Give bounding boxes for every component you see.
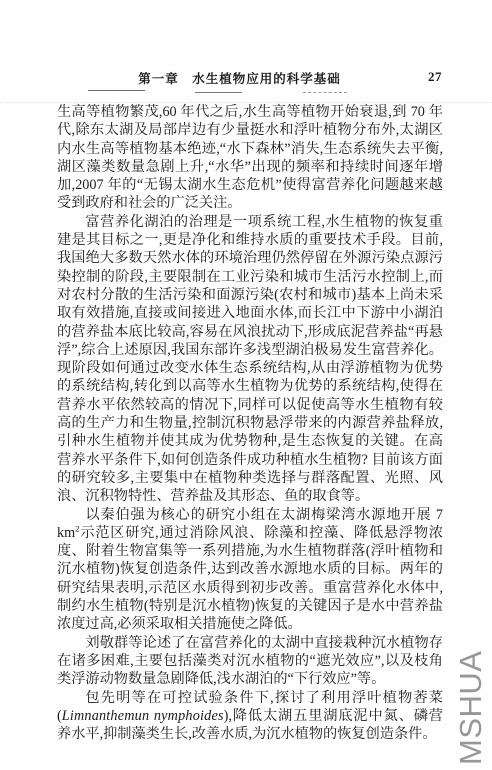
paragraph: 生高等植物繁茂,60 年代之后,水生高等植物开始衰退,到 70 年代,除东太湖及… xyxy=(57,103,443,213)
body-text: 生高等植物繁茂,60 年代之后,水生高等植物开始衰退,到 70 年代,除东太湖及… xyxy=(57,103,443,743)
chapter-title: 第一章 水生植物应用的科学基础 xyxy=(57,69,422,87)
header-rule-segment xyxy=(195,92,242,93)
book-page: 第一章 水生植物应用的科学基础 27 生高等植物繁茂,60 年代之后,水生高等植… xyxy=(0,0,492,770)
paragraph: 刘敬群等论述了在富营养化的太湖中直接栽种沉水植物存在诸多困难,主要包括藻类对沉水… xyxy=(57,634,443,689)
header-rule-segment xyxy=(303,92,347,93)
watermark: MSHUA xyxy=(454,655,488,765)
header-rule-segment xyxy=(88,90,145,91)
paragraph: 以秦伯强为核心的研究小组在太湖梅梁湾水源地开展 7 km2示范区研究,通过消除风… xyxy=(57,506,443,634)
paragraph: 富营养化湖泊的治理是一项系统工程,水生植物的恢复重建是其目标之一,更是净化和维持… xyxy=(57,213,443,506)
page-header: 第一章 水生植物应用的科学基础 27 xyxy=(57,69,442,87)
page-number: 27 xyxy=(428,69,442,85)
paragraph: 包先明等在可控试验条件下,探讨了利用浮叶植物莕菜(Limnanthemun ny… xyxy=(57,689,443,744)
